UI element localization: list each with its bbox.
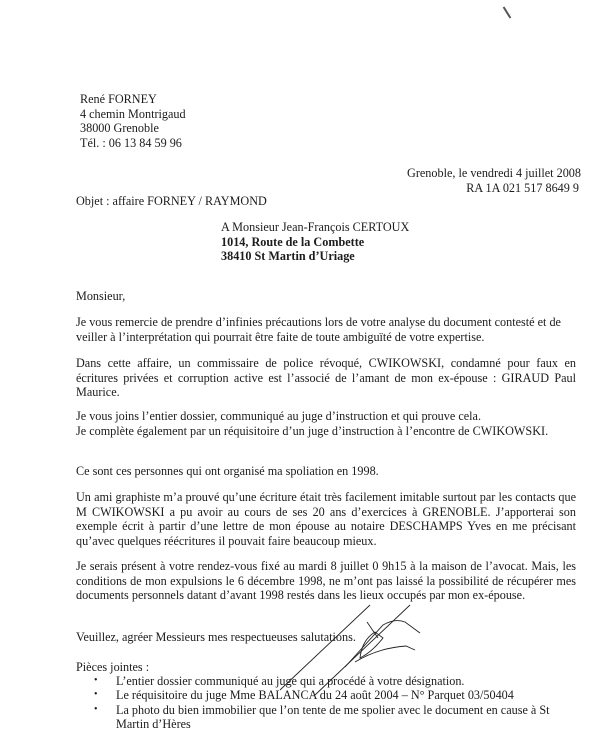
sender-city: 38000 Grenoble [80,121,186,136]
paragraph-dossier: Je vous joins l’entier dossier, communiq… [76,409,576,438]
paragraph-dossier-line1: Je vous joins l’entier dossier, communiq… [76,409,576,424]
attachment-text: La photo du bien immobilier que l’on ten… [116,703,550,731]
sender-phone: Tél. : 06 13 84 59 96 [80,136,186,151]
attachment-item: • L’entier dossier communiqué au juge qu… [86,674,586,688]
bullet-icon: • [94,674,98,688]
attachment-item: • La photo du bien immobilier que l’on t… [86,703,561,732]
recipient-city: 38410 St Martin d’Uriage [221,249,409,264]
bullet-icon: • [94,703,98,717]
date-reference-block: Grenoble, le vendredi 4 juillet 2008 RA … [407,166,581,195]
recipient-address-block: A Monsieur Jean-François CERTOUX 1014, R… [221,220,409,264]
attachment-text: Le réquisitoire du juge Mme BALANCA du 2… [116,688,514,702]
sender-street: 4 chemin Montrigaud [80,107,186,122]
paragraph-graphologist: Un ami graphiste m’a prouvé qu’une écrit… [76,490,576,548]
paragraph-affair: Dans cette affaire, un commissaire de po… [76,356,576,400]
closing-salutation: Veuillez, agréer Messieurs mes respectue… [76,630,576,645]
recipient-street: 1014, Route de la Combette [221,235,409,250]
bullet-icon: • [94,688,98,702]
subject-line: Objet : affaire FORNEY / RAYMOND [76,194,267,209]
paragraph-appointment: Je serais présent à votre rendez-vous fi… [76,559,576,603]
sender-name: René FORNEY [80,92,186,107]
attachment-item: • Le réquisitoire du juge Mme BALANCA du… [86,688,586,702]
sender-address-block: René FORNEY 4 chemin Montrigaud 38000 Gr… [80,92,186,150]
attachments-title: Pièces jointes : [76,660,576,675]
stray-scan-mark [503,6,512,18]
date-line: Grenoble, le vendredi 4 juillet 2008 [407,166,581,181]
attachments-list: • L’entier dossier communiqué au juge qu… [86,674,586,731]
greeting: Monsieur, [76,289,576,304]
paragraph-spoliation: Ce sont ces personnes qui ont organisé m… [76,464,576,479]
attachment-text: L’entier dossier communiqué au juge qui … [116,674,464,688]
recipient-name: A Monsieur Jean-François CERTOUX [221,220,409,235]
paragraph-thanks: Je vous remercie de prendre d’infinies p… [76,315,576,344]
reference-number: RA 1A 021 517 8649 9 [407,181,579,196]
paragraph-dossier-line2: Je complète également par un réquisitoir… [76,424,576,439]
